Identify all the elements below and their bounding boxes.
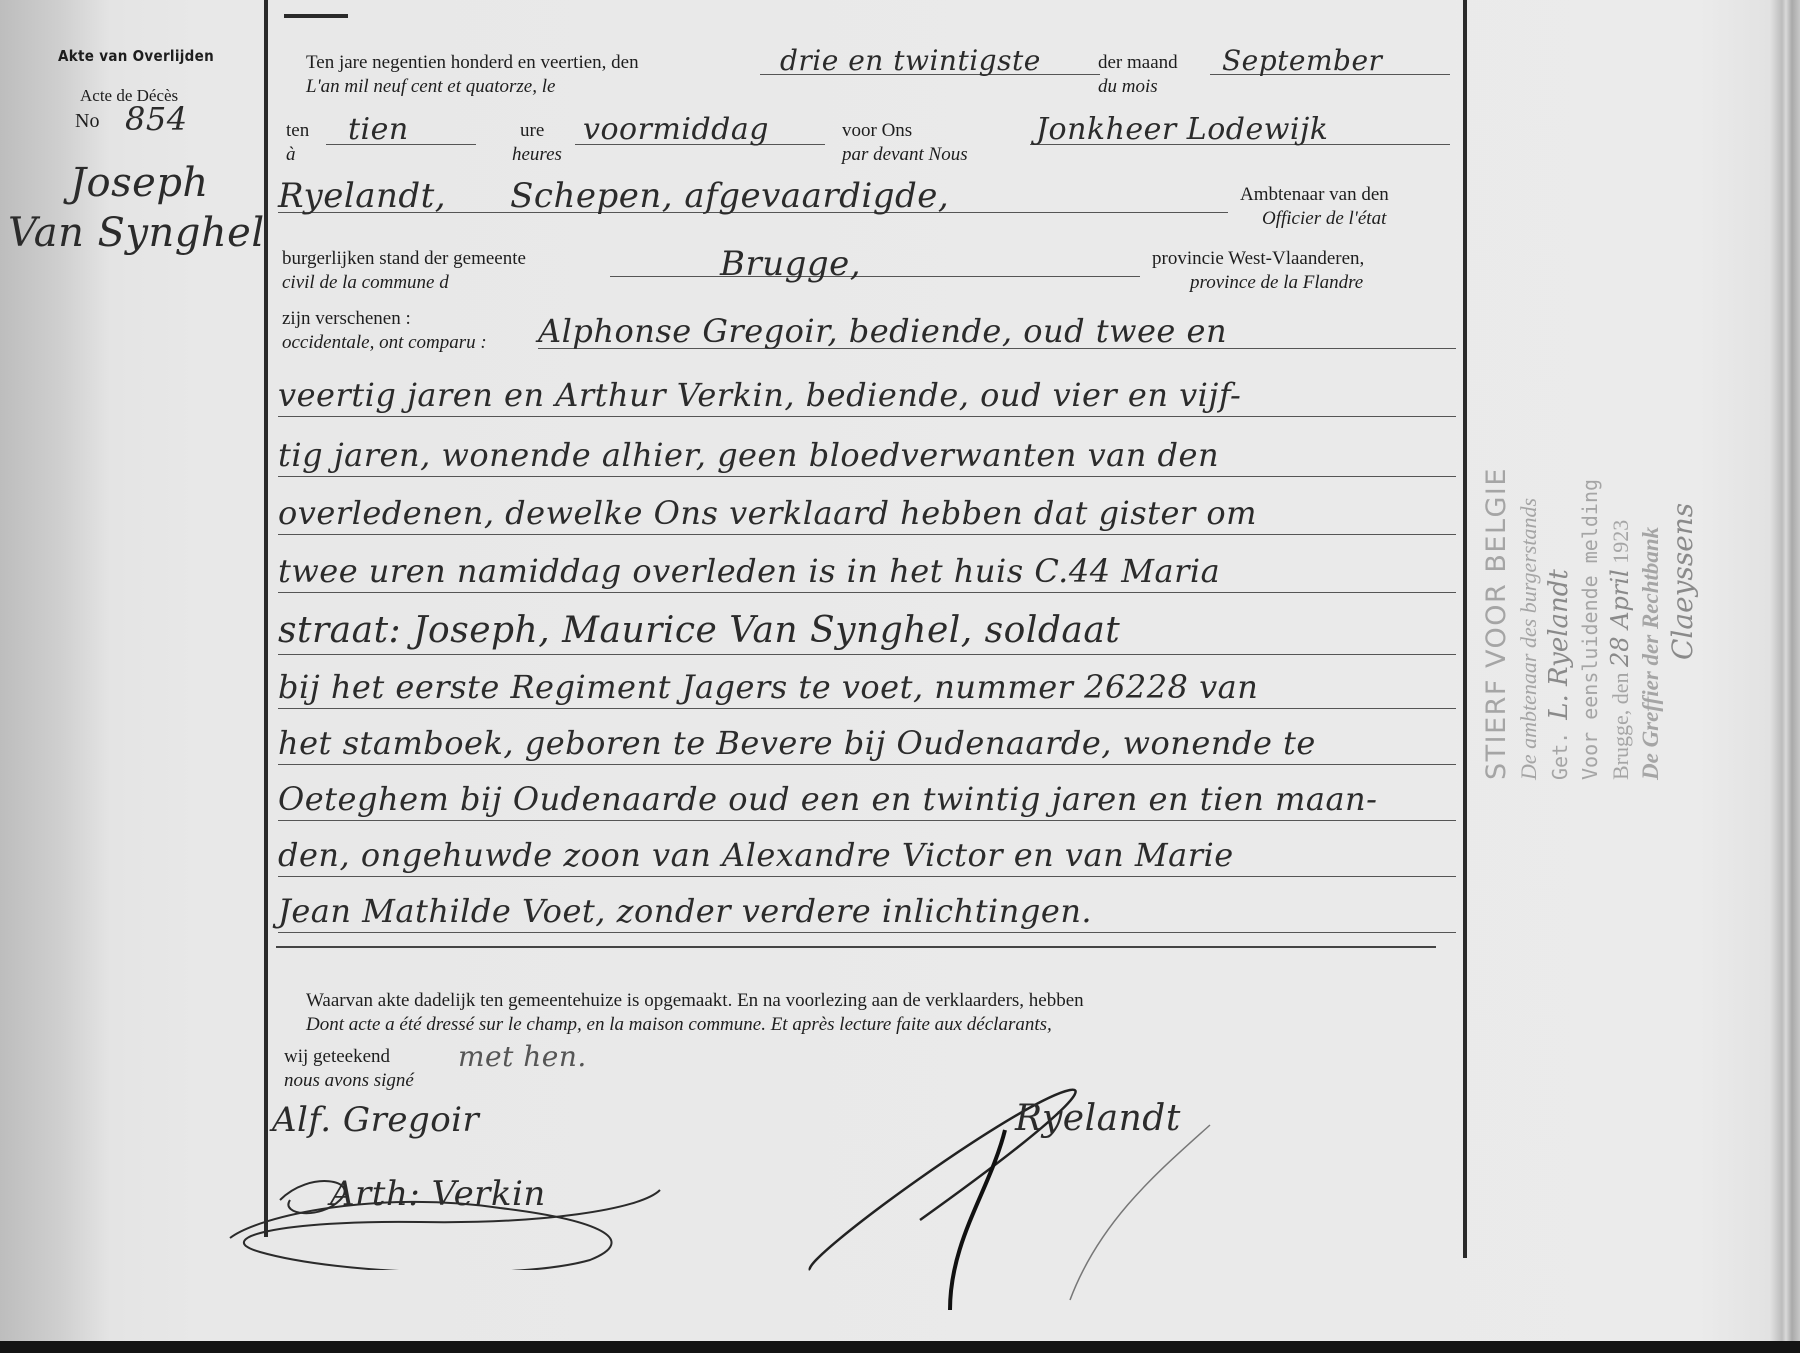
- body-line-7: het stamboek, geboren te Bevere bij Oude…: [278, 724, 1456, 765]
- body-line-3: overledenen, dewelke Ons verklaard hebbe…: [278, 494, 1456, 535]
- civil-label-fr: civil de la commune d: [282, 272, 449, 294]
- commune-value: Brugge,: [720, 244, 861, 284]
- section-separator: [276, 946, 1436, 948]
- frame-right-rule: [1463, 0, 1467, 1258]
- signature-official: Ryelandt: [780, 1060, 1220, 1320]
- closing-fr: Dont acte a été dressé sur le champ, en …: [306, 1014, 1052, 1036]
- stamp-line-5: De Greffier der Rechtbank: [1636, 320, 1666, 780]
- day-field: drie en twintigste: [760, 44, 1100, 75]
- official-name-part2: Ryelandt,: [278, 176, 446, 216]
- signed-value: met hen.: [458, 1040, 587, 1073]
- line1-nl: Ten jare negentien honderd en veertien, …: [306, 52, 639, 74]
- day-value: drie en twintigste: [780, 44, 1041, 77]
- body-line-9: den, ongehuwde zoon van Alexandre Victor…: [278, 836, 1456, 877]
- stamp-year: 1923: [1608, 520, 1633, 564]
- top-dash: [284, 14, 348, 18]
- body-line-4: twee uren namiddag overleden is in het h…: [278, 552, 1456, 593]
- month-field: September: [1210, 44, 1450, 75]
- month-value: September: [1222, 44, 1382, 77]
- stamp-line-4: Brugge, den 28 April 1923: [1605, 320, 1636, 780]
- at-label-nl: ten: [286, 120, 309, 142]
- signature-witness-2: Arth: Verkin: [220, 1160, 680, 1270]
- body-line-0: Alphonse Gregoir, bediende, oud twee en: [538, 312, 1456, 349]
- signed-label-nl: wij geteekend: [284, 1046, 390, 1068]
- body-line-5: straat: Joseph, Maurice Van Synghel, sol…: [278, 610, 1456, 655]
- hour-field: tien: [326, 112, 476, 145]
- province-label-fr: province de la Flandre: [1190, 272, 1363, 294]
- signature-witness-1: Alf. Gregoir: [272, 1100, 479, 1140]
- margin-deceased-first-name: Joseph: [70, 160, 209, 206]
- official-title-value: Schepen, afgevaardigde,: [510, 176, 949, 216]
- body-line-2: tig jaren, wonende alhier, geen bloedver…: [278, 436, 1456, 477]
- hours-label-fr: heures: [512, 144, 562, 166]
- stamp-line-1: STIERF VOOR BELGIE: [1480, 320, 1514, 780]
- stamp-signature-1: L. Ryelandt: [1544, 569, 1574, 720]
- official-title-field: Ryelandt, Schepen, afgevaardigde,: [278, 176, 1228, 213]
- stamp-signature-2: Claeyssens: [1666, 320, 1699, 660]
- line1-fr: L'an mil neuf cent et quatorze, le: [306, 76, 555, 98]
- hours-label-nl: ure: [520, 120, 544, 142]
- margin-title-nl: Akte van Overlijden: [58, 47, 214, 65]
- commune-field: Brugge,: [610, 244, 1140, 277]
- body-line-1: veertig jaren en Arthur Verkin, bediende…: [278, 376, 1456, 417]
- appeared-label-fr: occidentale, ont comparu :: [282, 332, 487, 354]
- margin-record-number: 854: [125, 100, 188, 138]
- stamp-line-3: Get. L. Ryelandt: [1544, 320, 1575, 780]
- hour-value: tien: [348, 112, 409, 147]
- civil-label-nl: burgerlijken stand der gemeente: [282, 248, 526, 270]
- official-name-part1: Jonkheer Lodewijk: [1036, 112, 1329, 147]
- stamp-line-3b: Voor eensluidende melding: [1575, 320, 1605, 780]
- body-line-8: Oeteghem bij Oudenaarde oud een en twint…: [278, 780, 1456, 821]
- scan-bottom-edge: [0, 1341, 1800, 1353]
- daypart-field: voormiddag: [575, 112, 825, 145]
- official-name-field: Jonkheer Lodewijk: [1030, 112, 1450, 145]
- body-line-6: bij het eerste Regiment Jagers te voet, …: [278, 668, 1456, 709]
- stamp-line-2: De ambtenaar des burgerstands: [1514, 320, 1544, 780]
- closing-nl: Waarvan akte dadelijk ten gemeentehuize …: [306, 990, 1084, 1012]
- before-label-fr: par devant Nous: [842, 144, 968, 166]
- before-label-nl: voor Ons: [842, 120, 912, 142]
- margin-stamp: STIERF VOOR BELGIE De ambtenaar des burg…: [1480, 320, 1760, 780]
- margin-number-label: No: [75, 110, 99, 133]
- official-label-fr: Officier de l'état: [1262, 208, 1386, 230]
- signed-label-fr: nous avons signé: [284, 1070, 414, 1092]
- appeared-label-nl: zijn verschenen :: [282, 308, 411, 330]
- official-label-nl: Ambtenaar van den: [1240, 184, 1389, 206]
- register-page: Akte van Overlijden Acte de Décès No 854…: [0, 0, 1800, 1342]
- month-label-nl: der maand: [1098, 52, 1178, 74]
- month-label-fr: du mois: [1098, 76, 1158, 98]
- daypart-value: voormiddag: [583, 112, 769, 147]
- margin-deceased-surname: Van Synghel: [8, 210, 265, 256]
- at-label-fr: à: [286, 144, 296, 166]
- province-label-nl: provincie West-Vlaanderen,: [1152, 248, 1364, 270]
- body-line-10: Jean Mathilde Voet, zonder verdere inlic…: [278, 892, 1456, 933]
- stamp-date: 28 April: [1606, 569, 1634, 667]
- frame-left-rule: [264, 0, 268, 1237]
